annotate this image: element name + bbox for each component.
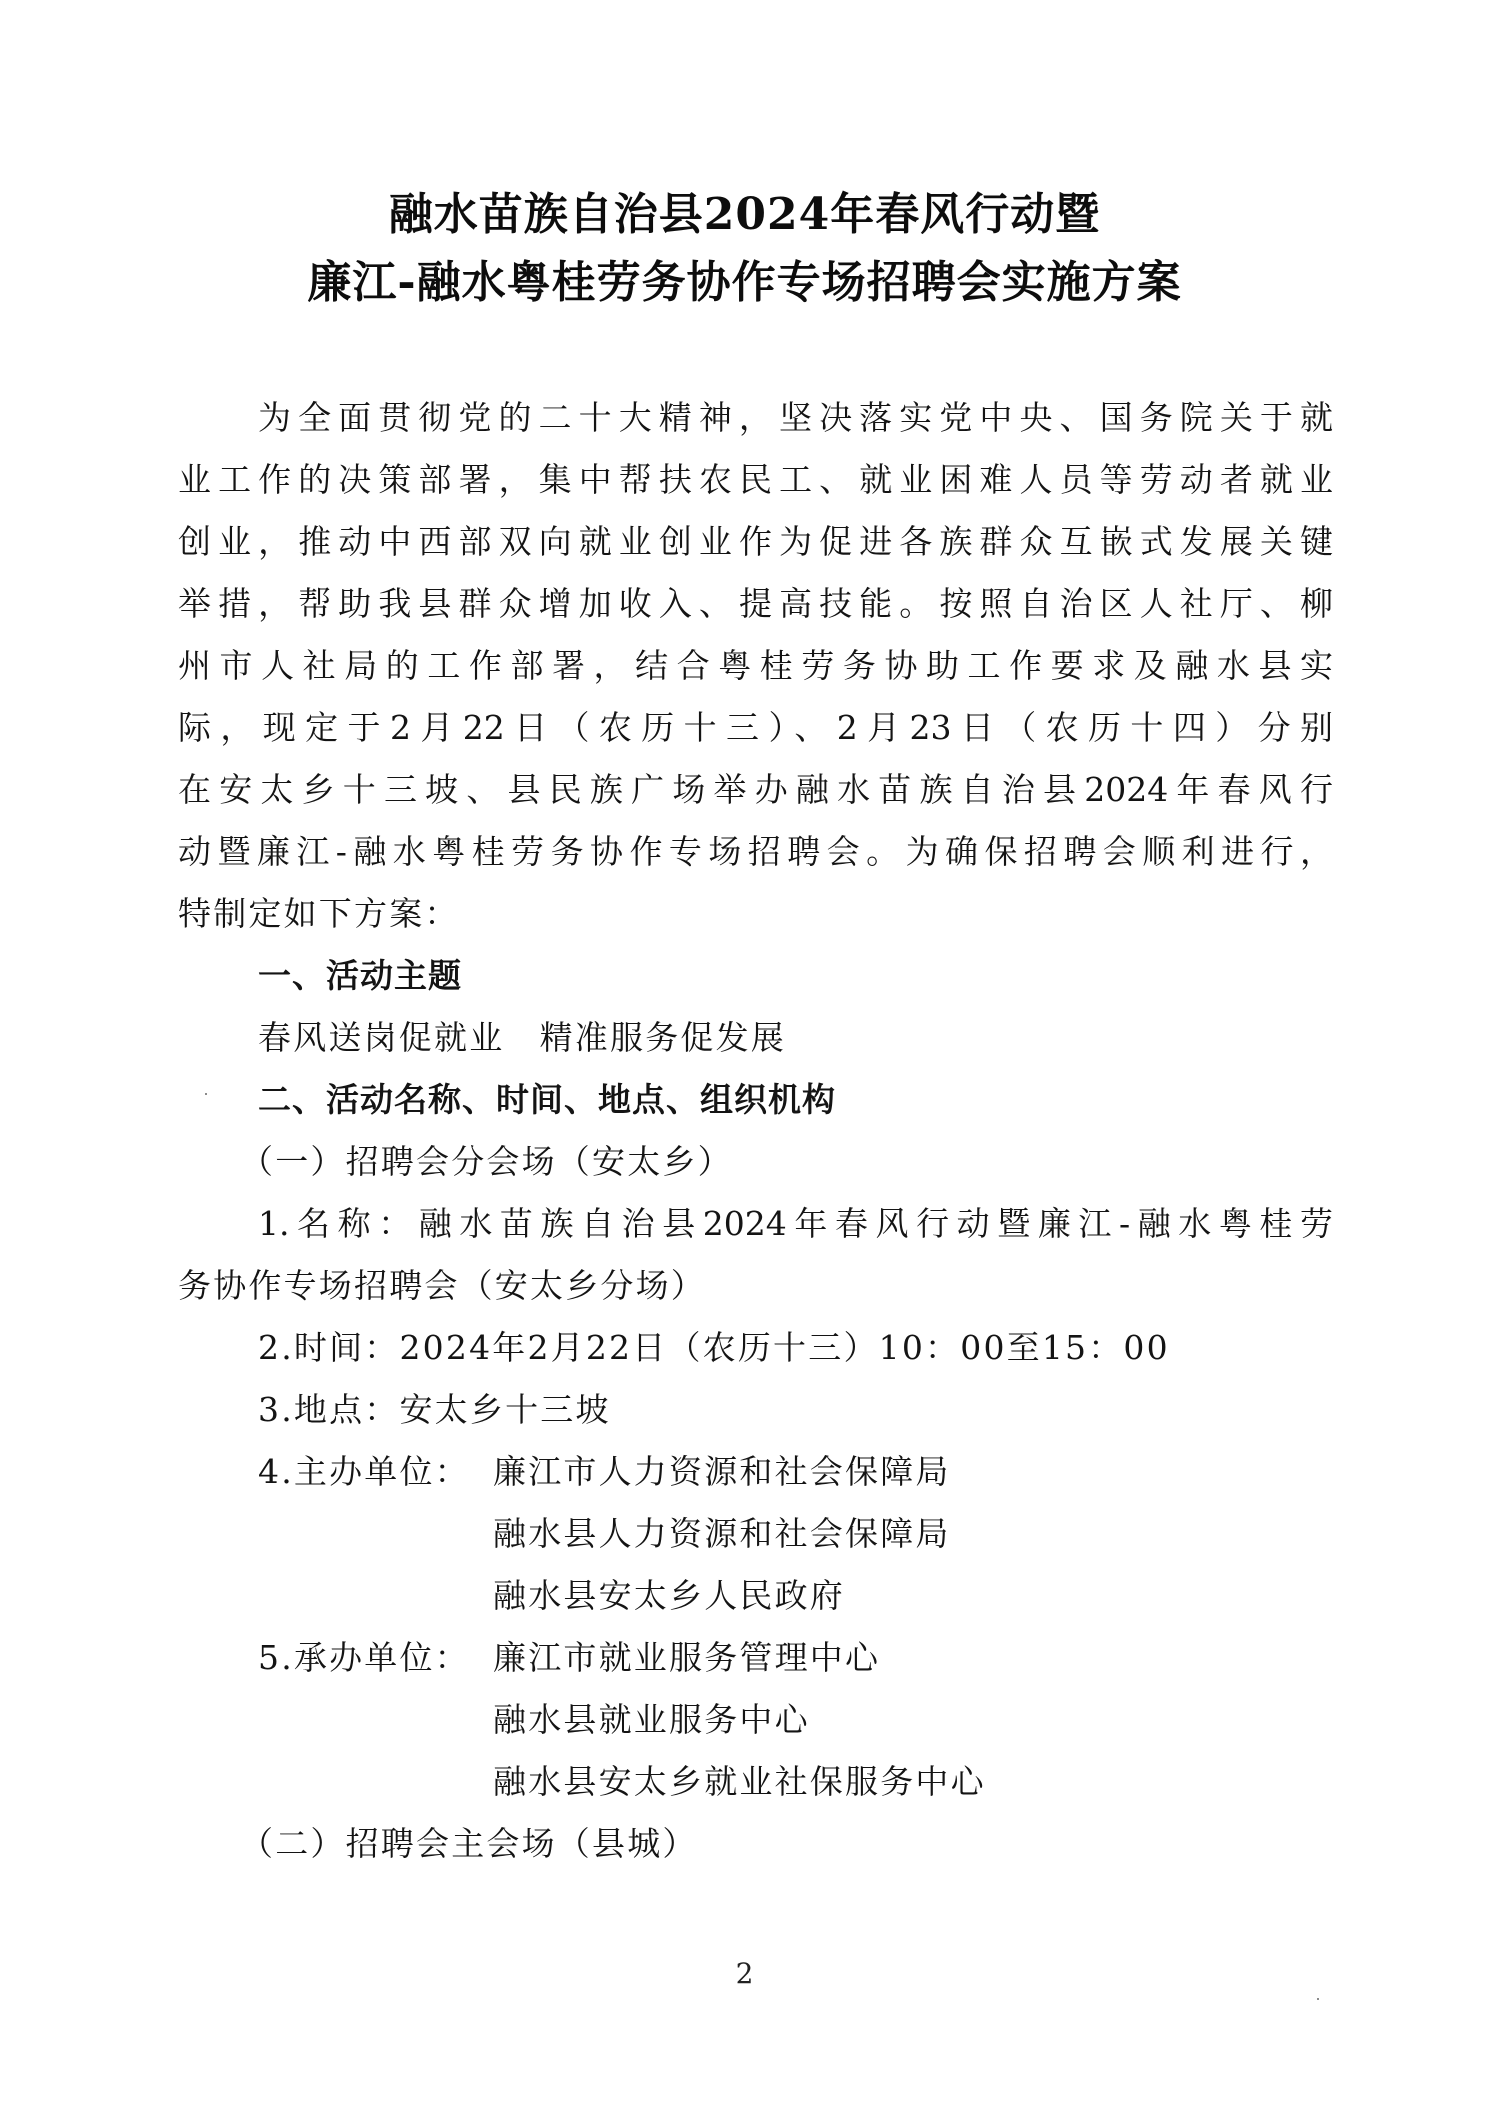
host-item: 融水县人力资源和社会保障局 [493, 1512, 1293, 1556]
document-page: 融水苗族自治县2024年春风行动暨 廉江-融水粤桂劳务协作专场招聘会实施方案 为… [0, 0, 1489, 2106]
organizer-item: 融水县安太乡就业社保服务中心 [493, 1760, 1293, 1804]
intro-line: 动暨廉江-融水粤桂劳务协作专场招聘会。为确保招聘会顺利进行， [178, 830, 1333, 874]
activity-theme: 春风送岗促就业 精准服务促发展 [258, 1016, 1333, 1060]
event-time: 2.时间：2024年2月22日（农历十三）10：00至15：00 [258, 1326, 1333, 1370]
organizer-item: 廉江市就业服务管理中心 [493, 1636, 1293, 1680]
event-name-line-2: 务协作专场招聘会（安太乡分场） [178, 1264, 1333, 1308]
event-name-line-1: 1.名称：融水苗族自治县2024年春风行动暨廉江-融水粤桂劳 [258, 1202, 1333, 1246]
host-item: 廉江市人力资源和社会保障局 [493, 1450, 1293, 1494]
intro-line: 州市人社局的工作部署，结合粤桂劳务协助工作要求及融水县实 [178, 644, 1333, 688]
intro-line: 际，现定于2月22日（农历十三）、2月23日（农历十四）分别 [178, 706, 1333, 750]
intro-line: 创业，推动中西部双向就业创业作为促进各族群众互嵌式发展关键 [178, 520, 1333, 564]
organizer-label: 5.承办单位： [258, 1636, 498, 1680]
scan-speck [205, 1093, 207, 1095]
host-item: 融水县安太乡人民政府 [493, 1574, 1293, 1618]
event-location: 3.地点：安太乡十三坡 [258, 1388, 1333, 1432]
scan-speck [1317, 1998, 1319, 2000]
subsection-1-heading: （一）招聘会分会场（安太乡） [240, 1140, 1395, 1184]
intro-line: 举措，帮助我县群众增加收入、提高技能。按照自治区人社厅、柳 [178, 582, 1333, 626]
host-label: 4.主办单位： [258, 1450, 498, 1494]
section-1-heading: 一、活动主题 [258, 954, 1333, 998]
intro-line: 特制定如下方案： [178, 892, 1333, 936]
document-title-line-2: 廉江-融水粤桂劳务协作专场招聘会实施方案 [0, 246, 1489, 310]
organizer-item: 融水县就业服务中心 [493, 1698, 1293, 1742]
document-title-line-1: 融水苗族自治县2024年春风行动暨 [0, 178, 1489, 242]
intro-line: 业工作的决策部署，集中帮扶农民工、就业困难人员等劳动者就业 [178, 458, 1333, 502]
subsection-2-heading: （二）招聘会主会场（县城） [240, 1822, 1395, 1866]
intro-line: 在安太乡十三坡、县民族广场举办融水苗族自治县2024年春风行 [178, 768, 1333, 812]
section-2-heading: 二、活动名称、时间、地点、组织机构 [258, 1078, 1333, 1122]
intro-line: 为全面贯彻党的二十大精神，坚决落实党中央、国务院关于就 [258, 396, 1333, 440]
page-number: 2 [0, 1957, 1489, 1990]
